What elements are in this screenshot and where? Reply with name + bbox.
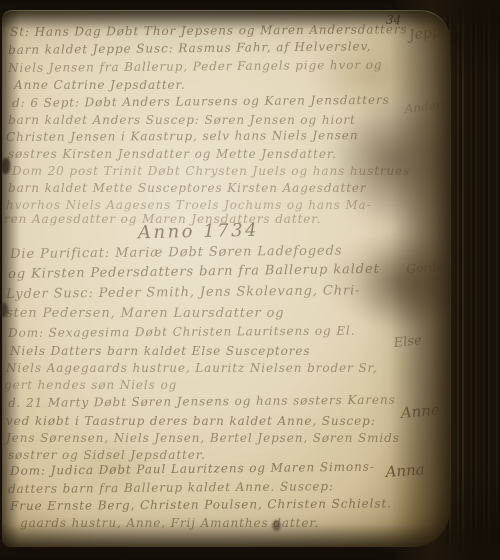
manuscript-line: Jens Sørensen, Niels Jensen, Bertel Jeps… [6,431,400,445]
ink-blot [272,520,281,531]
manuscript-line: St: Hans Dag Døbt Thor Jepsens og Maren … [10,22,408,39]
margin-note-gorden: Gorden [406,259,452,276]
manuscript-photo: 34 St: Hans Dag Døbt Thor Jepsens og Mar… [0,0,500,560]
manuscript-line: og Kirsten Pedersdatters barn fra Baller… [8,262,380,282]
manuscript-line: Christen Jensen i Kaastrup, selv hans Ni… [6,128,358,144]
manuscript-line: søstres Kirsten Jensdatter og Mette Jens… [8,147,337,161]
manuscript-line: d. 21 Marty Døbt Søren Jensens og hans s… [8,393,396,410]
manuscript-line: barn kaldet Jeppe Susc: Rasmus Fahr, af … [8,39,372,57]
manuscript-line: datters barn fra Ballerup kaldet Anne. S… [8,479,334,496]
manuscript-line: Frue Ernste Berg, Christen Poulsen, Chri… [10,496,392,513]
margin-note-anna: Anna [385,460,425,481]
manuscript-line: Anne Catrine Jepsdatter. [14,78,186,92]
manuscript-line: Niels Aagegaards hustrue, Lauritz Nielse… [6,361,378,375]
manuscript-line: Die Purificat: Mariæ Døbt Søren Ladefoge… [10,244,342,262]
manuscript-line: d: 6 Sept: Døbt Anders Laursens og Karen… [12,93,390,110]
manuscript-line: Dom: Judica Døbt Paul Lauritzens og Mare… [10,460,375,478]
ink-blot [1,158,10,174]
margin-note-else: Else [393,333,422,351]
heading-anno-1734: Anno 1734 [138,220,259,244]
margin-note-anne: Anne [400,401,440,422]
manuscript-line: hvorhos Niels Aagesens Troels Jochums og… [6,198,372,212]
manuscript-line: sten Pedersen, Maren Laursdatter og [6,306,285,321]
manuscript-line: barn kaldet Anders Suscep: Søren Jensen … [8,113,356,127]
handwriting-layer: 34 St: Hans Dag Døbt Thor Jepsens og Mar… [0,0,500,560]
margin-note-jeppe: Jeppe [408,22,450,43]
manuscript-line: Niels Datters barn kaldet Else Susceptor… [10,344,310,358]
manuscript-line: Dom: Sexagesima Døbt Christen Lauritsens… [8,324,355,340]
manuscript-line: ved kiøbt i Taastrup deres barn kaldet A… [6,414,376,428]
manuscript-line: Niels Jensen fra Ballerup, Peder Fangels… [8,58,382,75]
manuscript-line: gert hendes søn Niels og [4,378,177,392]
manuscript-line: Dom 20 post Trinit Døbt Chrysten Juels o… [12,164,410,178]
manuscript-line: barn kaldet Mette Susceptores Kirsten Aa… [8,181,367,195]
manuscript-line: Lyder Susc: Peder Smith, Jens Skolevang,… [6,283,361,302]
margin-note-anders: Anders [404,97,448,115]
manuscript-line: søstrer og Sidsel Jepsdatter. [8,448,206,462]
